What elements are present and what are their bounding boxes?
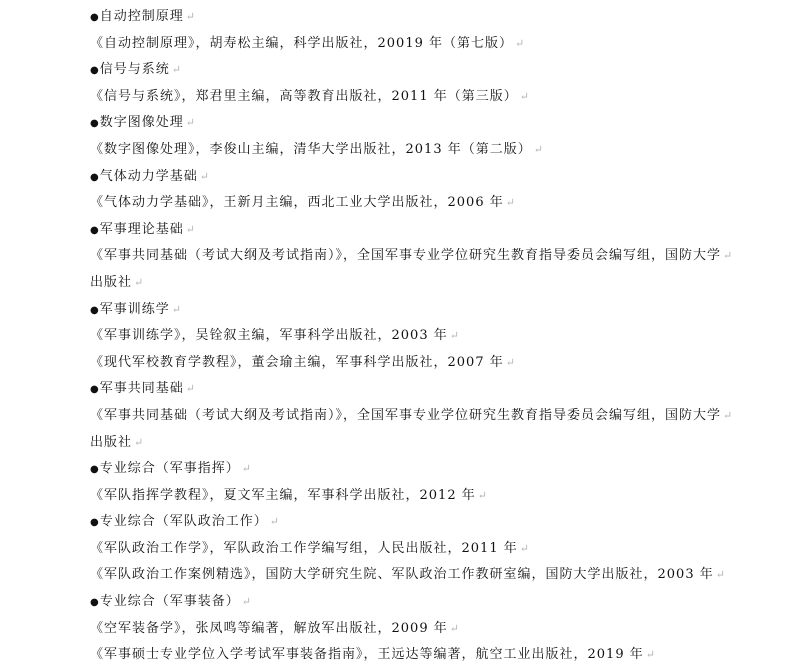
document-page: ●自动控制原理↵《自动控制原理》，胡寿松主编，科学出版社，20019 年（第七版…: [90, 4, 760, 669]
heading-text: 气体动力学基础: [100, 169, 198, 184]
subject-heading: ●专业综合（军事装备）↵: [90, 589, 760, 616]
heading-text: 数字图像处理: [100, 115, 184, 130]
paragraph-mark-icon: ↵: [186, 382, 195, 395]
heading-text: 军事理论基础: [100, 222, 184, 237]
reference-text: 《现代军校教育学教程》，董会瑜主编，军事科学出版社，2007 年: [90, 355, 504, 370]
paragraph-mark-icon: ↵: [646, 648, 655, 661]
reference-text: 出版社: [90, 275, 132, 290]
bullet-icon: ●: [90, 597, 99, 608]
bullet-icon: ●: [90, 384, 99, 395]
reference-text: 《信号与系统》，郑君里主编，高等教育出版社，2011 年（第三版）: [90, 89, 518, 104]
heading-text: 专业综合（军队政治工作）: [100, 514, 268, 529]
paragraph-mark-icon: ↵: [520, 90, 529, 103]
reference-entry: 《军事共同基础（考试大纲及考试指南）》，全国军事专业学位研究生教育指导委员会编写…: [90, 403, 760, 430]
reference-entry: 《自动控制原理》，胡寿松主编，科学出版社，20019 年（第七版）↵: [90, 31, 760, 58]
reference-text: 《气体动力学基础》，王新月主编，西北工业大学出版社，2006 年: [90, 195, 504, 210]
reference-entry: 《军队政治工作案例精选》，国防大学研究生院、军队政治工作教研室编，国防大学出版社…: [90, 562, 760, 589]
reference-entry: 《军队指挥学教程》，夏文军主编，军事科学出版社，2012 年↵: [90, 483, 760, 510]
heading-text: 自动控制原理: [100, 9, 184, 24]
reference-text: 《军事共同基础（考试大纲及考试指南）》，全国军事专业学位研究生教育指导委员会编写…: [90, 248, 721, 263]
bullet-icon: ●: [90, 172, 99, 183]
reference-text: 《军队政治工作案例精选》，国防大学研究生院、军队政治工作教研室编，国防大学出版社…: [90, 567, 714, 582]
paragraph-mark-icon: ↵: [134, 276, 143, 289]
reference-text: 《自动控制原理》，胡寿松主编，科学出版社，20019 年（第七版）: [90, 36, 513, 51]
reference-text: 出版社: [90, 435, 132, 450]
paragraph-mark-icon: ↵: [450, 622, 459, 635]
paragraph-mark-icon: ↵: [723, 249, 732, 262]
heading-text: 专业综合（军事指挥）: [100, 461, 240, 476]
bullet-icon: ●: [90, 225, 99, 236]
subject-heading: ●军事理论基础↵: [90, 217, 760, 244]
reference-entry: 《军事硕士专业学位入学考试军事装备指南》，王远达等编著，航空工业出版社，2019…: [90, 642, 760, 669]
paragraph-mark-icon: ↵: [450, 329, 459, 342]
bullet-icon: ●: [90, 517, 99, 528]
bullet-icon: ●: [90, 305, 99, 316]
paragraph-mark-icon: ↵: [186, 10, 195, 23]
paragraph-mark-icon: ↵: [506, 196, 515, 209]
reference-text: 《军事硕士专业学位入学考试军事装备指南》，王远达等编著，航空工业出版社，2019…: [90, 647, 644, 662]
reference-entry: 《气体动力学基础》，王新月主编，西北工业大学出版社，2006 年↵: [90, 190, 760, 217]
reference-entry: 出版社↵: [90, 430, 760, 457]
reference-entry: 《现代军校教育学教程》，董会瑜主编，军事科学出版社，2007 年↵: [90, 350, 760, 377]
subject-heading: ●信号与系统↵: [90, 57, 760, 84]
reference-text: 《军队指挥学教程》，夏文军主编，军事科学出版社，2012 年: [90, 488, 476, 503]
paragraph-mark-icon: ↵: [520, 542, 529, 555]
reference-entry: 《数字图像处理》，李俊山主编，清华大学出版社，2013 年（第二版）↵: [90, 137, 760, 164]
subject-heading: ●军事共同基础↵: [90, 376, 760, 403]
paragraph-mark-icon: ↵: [242, 595, 251, 608]
reference-text: 《军事共同基础（考试大纲及考试指南）》，全国军事专业学位研究生教育指导委员会编写…: [90, 408, 721, 423]
bullet-icon: ●: [90, 65, 99, 76]
reference-text: 《军队政治工作学》，军队政治工作学编写组，人民出版社，2011 年: [90, 541, 518, 556]
paragraph-mark-icon: ↵: [186, 223, 195, 236]
reference-text: 《数字图像处理》，李俊山主编，清华大学出版社，2013 年（第二版）: [90, 142, 532, 157]
reference-entry: 出版社↵: [90, 270, 760, 297]
paragraph-mark-icon: ↵: [200, 170, 209, 183]
reference-text: 《军事训练学》，吴铨叙主编，军事科学出版社，2003 年: [90, 328, 448, 343]
subject-heading: ●专业综合（军事指挥）↵: [90, 456, 760, 483]
heading-text: 信号与系统: [100, 62, 170, 77]
reference-entry: 《军队政治工作学》，军队政治工作学编写组，人民出版社，2011 年↵: [90, 536, 760, 563]
paragraph-mark-icon: ↵: [270, 515, 279, 528]
paragraph-mark-icon: ↵: [478, 489, 487, 502]
reference-entry: 《军事训练学》，吴铨叙主编，军事科学出版社，2003 年↵: [90, 323, 760, 350]
reference-entry: 《信号与系统》，郑君里主编，高等教育出版社，2011 年（第三版）↵: [90, 84, 760, 111]
subject-heading: ●专业综合（军队政治工作）↵: [90, 509, 760, 536]
paragraph-mark-icon: ↵: [242, 462, 251, 475]
paragraph-mark-icon: ↵: [716, 568, 725, 581]
subject-heading: ●军事训练学↵: [90, 297, 760, 324]
heading-text: 专业综合（军事装备）: [100, 594, 240, 609]
bullet-icon: ●: [90, 118, 99, 129]
subject-heading: ●气体动力学基础↵: [90, 164, 760, 191]
heading-text: 军事共同基础: [100, 381, 184, 396]
paragraph-mark-icon: ↵: [534, 143, 543, 156]
reference-text: 《空军装备学》，张凤鸣等编著，解放军出版社，2009 年: [90, 621, 448, 636]
paragraph-mark-icon: ↵: [186, 116, 195, 129]
paragraph-mark-icon: ↵: [172, 63, 181, 76]
paragraph-mark-icon: ↵: [134, 436, 143, 449]
subject-heading: ●自动控制原理↵: [90, 4, 760, 31]
reference-entry: 《军事共同基础（考试大纲及考试指南）》，全国军事专业学位研究生教育指导委员会编写…: [90, 243, 760, 270]
bullet-icon: ●: [90, 464, 99, 475]
subject-heading: ●数字图像处理↵: [90, 110, 760, 137]
reference-entry: 《空军装备学》，张凤鸣等编著，解放军出版社，2009 年↵: [90, 616, 760, 643]
bullet-icon: ●: [90, 12, 99, 23]
heading-text: 军事训练学: [100, 302, 170, 317]
paragraph-mark-icon: ↵: [172, 303, 181, 316]
paragraph-mark-icon: ↵: [515, 37, 524, 50]
paragraph-mark-icon: ↵: [506, 356, 515, 369]
paragraph-mark-icon: ↵: [723, 409, 732, 422]
